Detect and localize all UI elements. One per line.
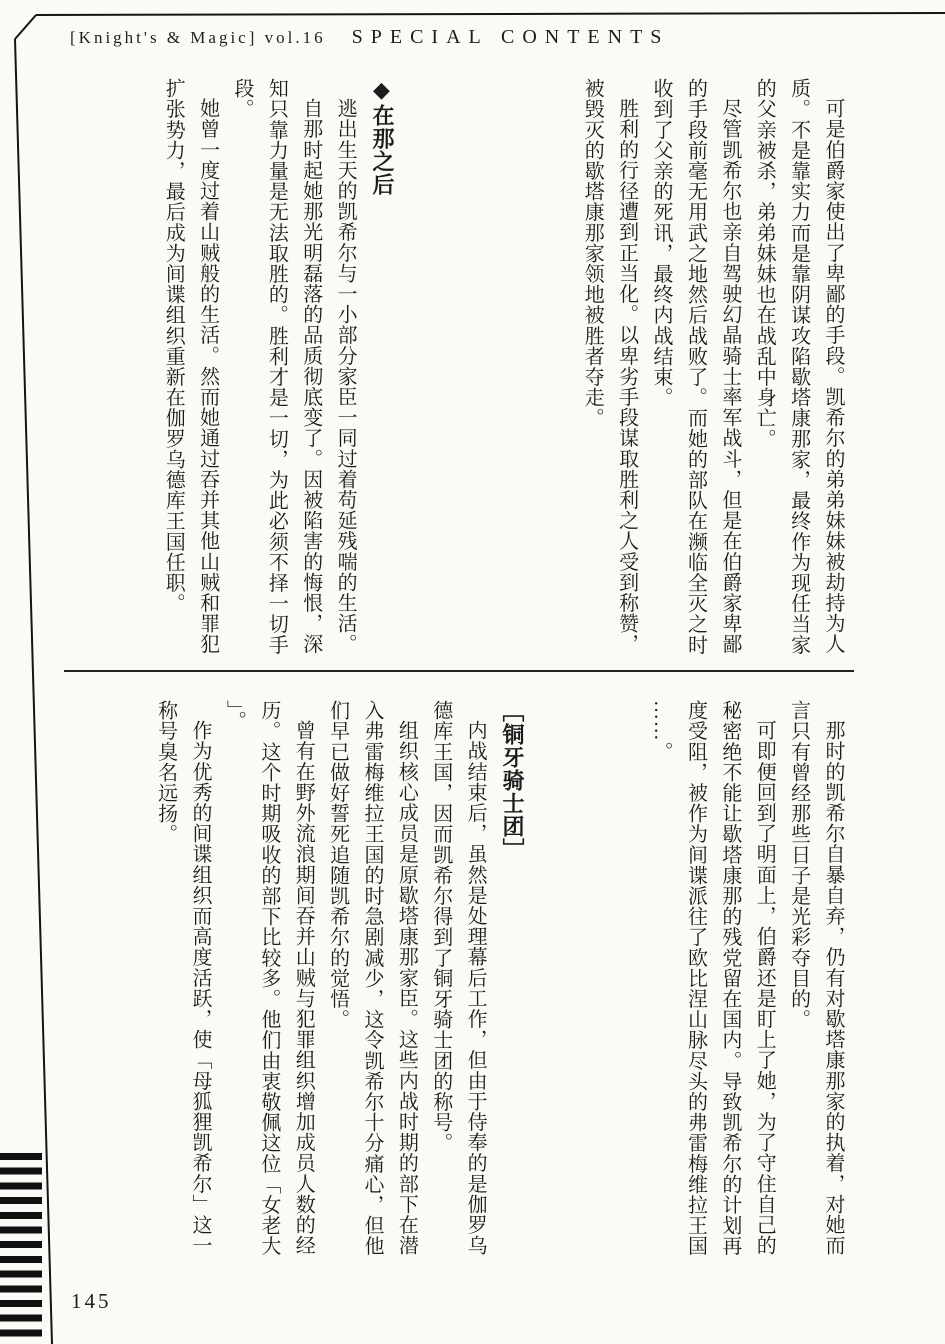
paragraph: 尽管凯希尔也亲自驾驶幻晶骑士率军战斗，但是在伯爵家卑鄙的手段前毫无用武之地然后战…: [644, 78, 747, 658]
section-heading-text: ［铜牙骑士团］: [499, 700, 524, 861]
top-section-right-columns: 可是伯爵家使出了卑鄙的手段。凯希尔的弟弟妹妹被劫持为人质。不是靠实力而是靠阴谋攻…: [575, 78, 850, 658]
section-heading-copper-fang-knights: ［铜牙骑士团］: [492, 700, 530, 1258]
page-number: 145: [71, 1289, 112, 1314]
paragraph: 那时的凯希尔自暴自弃，仍有对歇塔康那家的执着，对她而言只有曾经那些日子是光彩夺目…: [781, 700, 850, 1258]
section-heading-text: 在那之后: [369, 104, 394, 196]
bottom-section-right-columns: 那时的凯希尔自暴自弃，仍有对歇塔康那家的执着，对她而言只有曾经那些日子是光彩夺目…: [644, 700, 850, 1258]
page-header: [Knight's & Magic] vol.16 SPECIAL CONTEN…: [70, 26, 880, 49]
paragraph: 曾有在野外流浪期间吞并山贼与犯罪组织增加成员人数的经历。这个时期吸收的部下比较多…: [217, 700, 320, 1258]
paragraph: 胜利的行径遭到正当化。以卑劣手段谋取胜利之人受到称赞，被毁灭的歇塔康那家领地被胜…: [575, 78, 644, 658]
paragraph: 可即便回到了明面上，伯爵还是盯上了她，为了守住自己的秘密绝不能让歇塔康那的残党留…: [644, 700, 782, 1258]
series-title: [Knight's & Magic] vol.16: [70, 28, 326, 48]
paragraph: 自那时起她那光明磊落的品质彻底变了。因被陷害的悔恨，深知只靠力量是无法取胜的。胜…: [225, 78, 328, 658]
paragraph: 内战结束后，虽然是处理幕后工作，但由于侍奉的是伽罗乌德库王国，因而凯希尔得到了铜…: [423, 700, 492, 1258]
top-section-left-columns: ◆在那之后 逃出生天的凯希尔与一小部分家臣一同过着苟延残喘的生活。 自那时起她那…: [156, 78, 400, 658]
bottom-section-left-columns: ［铜牙骑士团］ 内战结束后，虽然是处理幕后工作，但由于侍奉的是伽罗乌德库王国，因…: [148, 700, 530, 1258]
paragraph: 可是伯爵家使出了卑鄙的手段。凯希尔的弟弟妹妹被劫持为人质。不是靠实力而是靠阴谋攻…: [747, 78, 850, 658]
section-divider-rule: [64, 670, 854, 672]
paragraph: 她曾一度过着山贼般的生活。然而她通过吞并其他山贼和罪犯扩张势力，最后成为间谍组织…: [156, 78, 225, 658]
diamond-icon: ◆: [369, 78, 394, 104]
paragraph: 组织核心成员是原歇塔康那家臣。这些内战时期的部下在潜入弗雷梅维拉王国的时急剧减少…: [320, 700, 423, 1258]
section-heading-afterwards: ◆在那之后: [362, 78, 400, 658]
paragraph: 作为优秀的间谍组织而高度活跃，使「母狐狸凯希尔」这一称号臭名远扬。: [148, 700, 217, 1258]
calibration-bars-strip: [0, 1153, 42, 1344]
scanned-book-page: [Knight's & Magic] vol.16 SPECIAL CONTEN…: [0, 0, 945, 1344]
special-contents-label: SPECIAL CONTENTS: [352, 26, 670, 49]
paragraph: 逃出生天的凯希尔与一小部分家臣一同过着苟延残喘的生活。: [328, 78, 362, 658]
